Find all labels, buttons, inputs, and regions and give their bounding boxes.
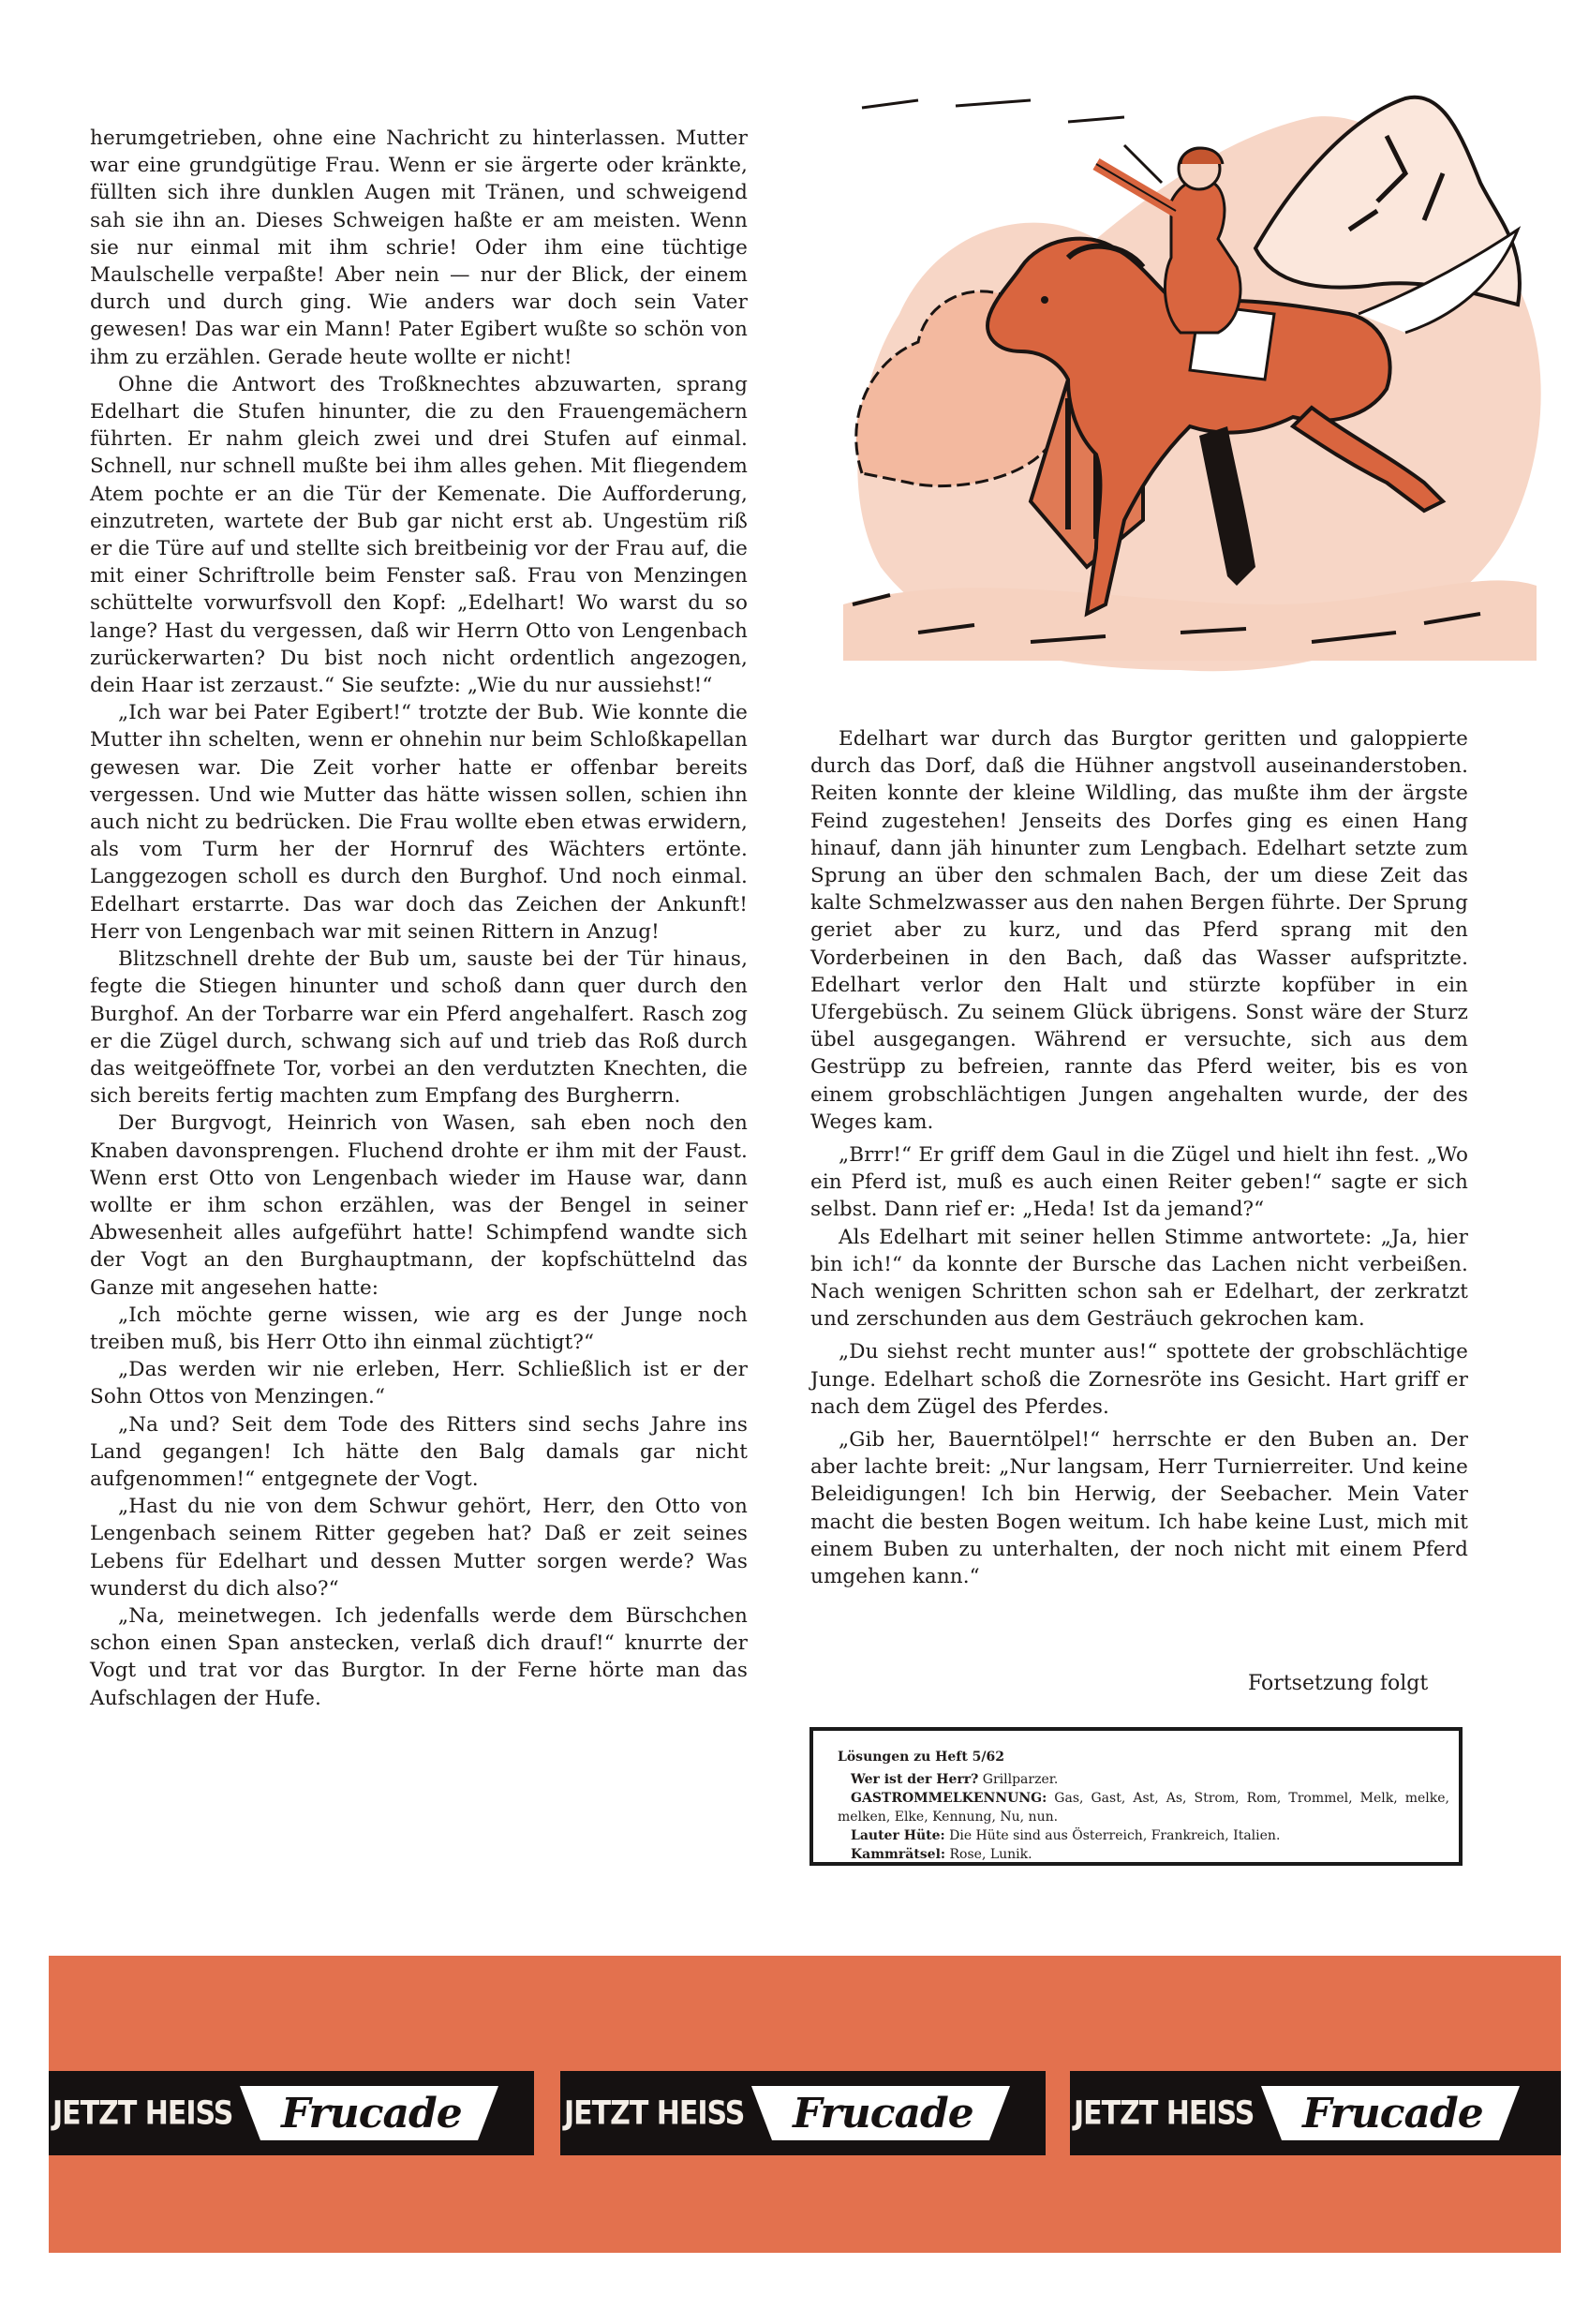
ad-brand: Frucade	[751, 2082, 1014, 2144]
story-paragraph: Als Edelhart mit seiner hellen Stimme an…	[810, 1224, 1468, 1333]
story-paragraph: „Du siehst recht munter aus!“ spottete d…	[810, 1338, 1468, 1421]
solution-item: Wer ist der Herr? Grillparzer.	[838, 1770, 1449, 1789]
story-paragraph: „Na und? Seit dem Tode des Ritters sind …	[90, 1411, 748, 1494]
frucade-logo: Frucade	[1261, 2082, 1523, 2144]
story-left-column: herumgetrieben, ohne eine Nachricht zu h…	[90, 125, 748, 1712]
solution-label: GASTROMMELKENNUNG:	[851, 1791, 1047, 1806]
story-paragraph: „Gib her, Bauerntölpel!“ herrschte er de…	[810, 1426, 1468, 1590]
ad-strip: JETZT HEISS Frucade	[1070, 2071, 1561, 2155]
story-paragraph: „Brrr!“ Er griff dem Gaul in die Zügel u…	[810, 1141, 1468, 1224]
frucade-advertisement: JETZT HEISS Frucade JETZT HEISS Frucade …	[49, 1956, 1561, 2253]
solution-text: Die Hüte sind aus Österreich, Frankreich…	[945, 1828, 1281, 1843]
story-paragraph: Ohne die Antwort des Troßknechtes abzuwa…	[90, 371, 748, 699]
solution-label: Lauter Hüte:	[851, 1828, 945, 1843]
story-paragraph: Edelhart war durch das Burgtor geritten …	[810, 725, 1468, 1136]
story-paragraph: „Ich war bei Pater Egibert!“ trotzte der…	[90, 699, 748, 946]
story-right-column: Edelhart war durch das Burgtor geritten …	[810, 725, 1468, 1590]
ad-strip: JETZT HEISS Frucade	[49, 2071, 534, 2155]
horse-rider-drawing-icon	[787, 80, 1574, 698]
story-paragraph: Blitzschnell drehte der Bub um, sauste b…	[90, 946, 748, 1110]
solution-item: Lauter Hüte: Die Hüte sind aus Österreic…	[838, 1826, 1449, 1845]
horse-rider-illustration	[787, 80, 1574, 698]
solution-item: Kammrätsel: Rose, Lunik.	[838, 1845, 1449, 1864]
ad-strip: JETZT HEISS Frucade	[560, 2071, 1046, 2155]
story-paragraph: Der Burgvogt, Heinrich von Wasen, sah eb…	[90, 1110, 748, 1301]
to-be-continued-note: Fortsetzung folgt	[1248, 1672, 1428, 1695]
solution-text: Grillparzer.	[978, 1772, 1058, 1787]
ad-brand: Frucade	[1261, 2082, 1523, 2144]
frucade-logo: Frucade	[240, 2082, 502, 2144]
solution-text: Rose, Lunik.	[945, 1847, 1032, 1862]
ad-brand: Frucade	[240, 2082, 502, 2144]
ad-slogan: JETZT HEISS	[49, 2094, 232, 2132]
ad-slogan: JETZT HEISS	[1070, 2094, 1254, 2132]
puzzle-solutions-box: Lösungen zu Heft 5/62 Wer ist der Herr? …	[809, 1727, 1463, 1866]
story-paragraph: „Ich möchte gerne wissen, wie arg es der…	[90, 1302, 748, 1356]
story-paragraph: herumgetrieben, ohne eine Nachricht zu h…	[90, 125, 748, 371]
solutions-title: Lösungen zu Heft 5/62	[838, 1748, 1449, 1766]
story-paragraph: „Hast du nie von dem Schwur gehört, Herr…	[90, 1493, 748, 1602]
solution-item: GASTROMMELKENNUNG: Gas, Gast, Ast, As, S…	[838, 1789, 1449, 1826]
solution-label: Kammrätsel:	[851, 1847, 945, 1862]
frucade-logo: Frucade	[751, 2082, 1014, 2144]
ad-slogan: JETZT HEISS	[560, 2094, 744, 2132]
story-paragraph: „Das werden wir nie erleben, Herr. Schli…	[90, 1356, 748, 1410]
story-paragraph: „Na, meinetwegen. Ich jedenfalls werde d…	[90, 1602, 748, 1712]
solution-label: Wer ist der Herr?	[851, 1772, 978, 1787]
